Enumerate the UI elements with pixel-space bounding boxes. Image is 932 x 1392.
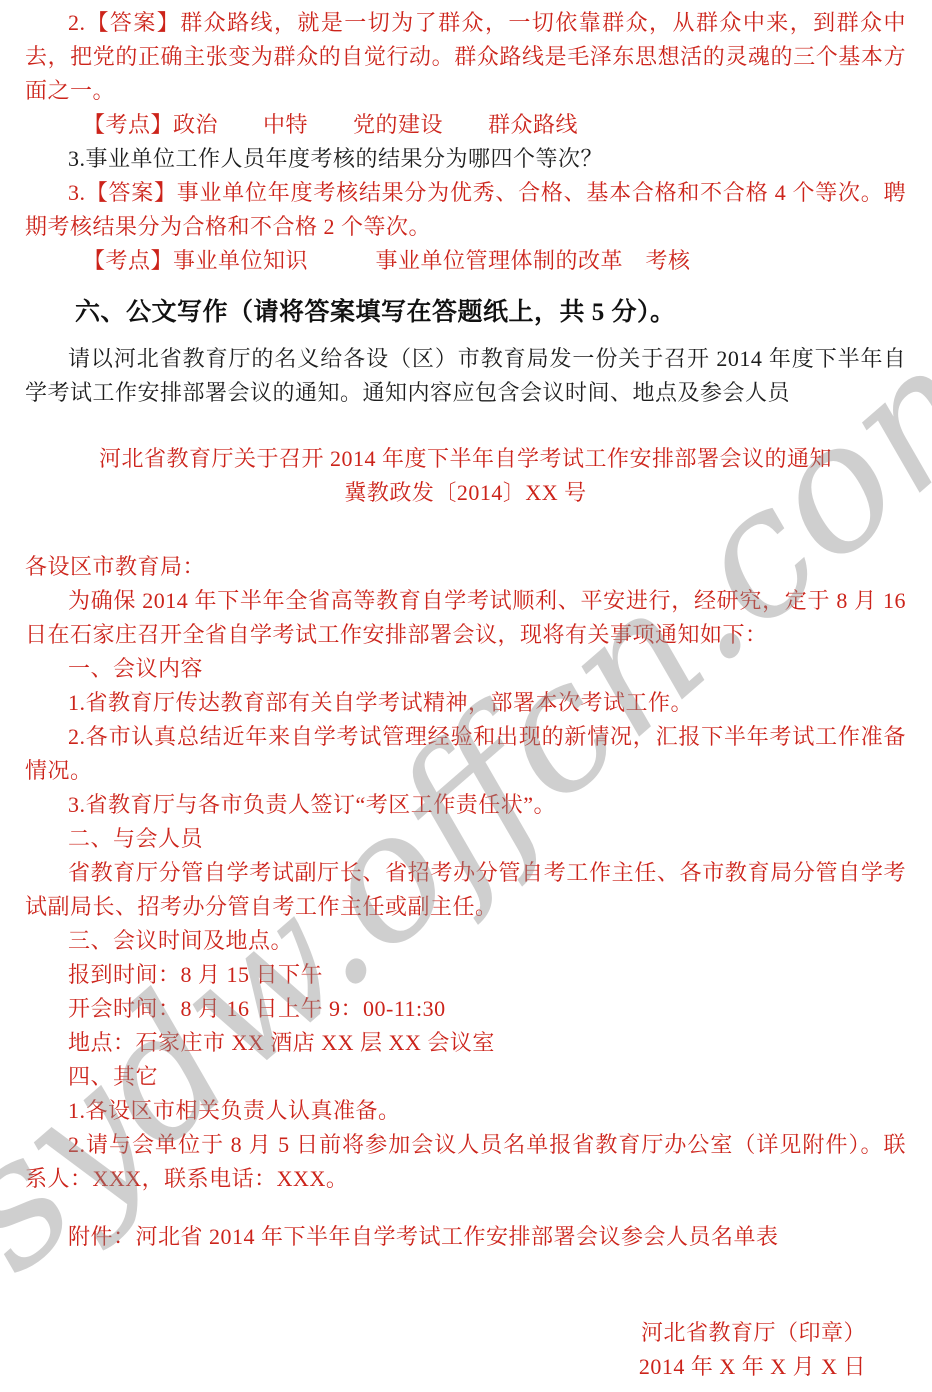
notice-section-2-heading: 二、与会人员 <box>25 822 906 856</box>
notice-section-3-heading: 三、会议时间及地点。 <box>25 924 906 958</box>
section-six-heading: 六、公文写作（请将答案填写在答题纸上，共 5 分）。 <box>25 294 906 332</box>
notice-attachment-line: 附件：河北省 2014 年下半年自学考试工作安排部署会议参会人员名单表 <box>25 1220 906 1254</box>
notice-section-3-item-1: 报到时间：8 月 15 日下午 <box>25 958 906 992</box>
notice-section-4-item-1: 1.各设区市相关负责人认真准备。 <box>25 1094 906 1128</box>
notice-section-4-heading: 四、其它 <box>25 1060 906 1094</box>
notice-date: 2014 年 X 年 X 月 X 日 <box>25 1350 866 1384</box>
question-3-line: 3.事业单位工作人员年度考核的结果分为哪四个等次？ <box>25 142 906 176</box>
notice-salutation: 各设区市教育局： <box>25 550 906 584</box>
signature-block: 河北省教育厅（印章） 2014 年 X 年 X 月 X 日 <box>25 1316 906 1384</box>
notice-title-block: 河北省教育厅关于召开 2014 年度下半年自学考试工作安排部署会议的通知 冀教政… <box>25 442 906 510</box>
keypoints-3-line: 【考点】事业单位知识 事业单位管理体制的改革 考核 <box>25 244 906 278</box>
document-content: 2.【答案】群众路线，就是一切为了群众，一切依靠群众，从群众中来，到群众中去，把… <box>0 0 932 1384</box>
notice-doc-number: 冀教政发〔2014〕XX 号 <box>25 476 906 510</box>
keypoints-2-line: 【考点】政治 中特 党的建设 群众路线 <box>25 108 906 142</box>
answer-2-paragraph: 2.【答案】群众路线，就是一切为了群众，一切依靠群众，从群众中来，到群众中去，把… <box>25 6 906 108</box>
document-page: 2.【答案】群众路线，就是一切为了群众，一切依靠群众，从群众中来，到群众中去，把… <box>0 0 932 1392</box>
notice-section-1-heading: 一、会议内容 <box>25 652 906 686</box>
writing-prompt-paragraph: 请以河北省教育厅的名义给各设（区）市教育局发一份关于召开 2014 年度下半年自… <box>25 342 906 410</box>
notice-section-3-item-3: 地点：石家庄市 XX 酒店 XX 层 XX 会议室 <box>25 1026 906 1060</box>
notice-section-1-item-3: 3.省教育厅与各市负责人签订“考区工作责任状”。 <box>25 788 906 822</box>
notice-section-2-body: 省教育厅分管自学考试副厅长、省招考办分管自考工作主任、各市教育局分管自学考试副局… <box>25 856 906 924</box>
notice-title: 河北省教育厅关于召开 2014 年度下半年自学考试工作安排部署会议的通知 <box>25 442 906 476</box>
answer-3-paragraph: 3.【答案】事业单位年度考核结果分为优秀、合格、基本合格和不合格 4 个等次。聘… <box>25 176 906 244</box>
notice-opening-paragraph: 为确保 2014 年下半年全省高等教育自学考试顺利、平安进行，经研究，定于 8 … <box>25 584 906 652</box>
notice-signature: 河北省教育厅（印章） <box>25 1316 866 1350</box>
notice-section-1-item-1: 1.省教育厅传达教育部有关自学考试精神，部署本次考试工作。 <box>25 686 906 720</box>
notice-section-4-item-2: 2.请与会单位于 8 月 5 日前将参加会议人员名单报省教育厅办公室（详见附件）… <box>25 1128 906 1196</box>
notice-section-1-item-2: 2.各市认真总结近年来自学考试管理经验和出现的新情况，汇报下半年考试工作准备情况… <box>25 720 906 788</box>
notice-section-3-item-2: 开会时间：8 月 16 日上午 9：00-11:30 <box>25 992 906 1026</box>
